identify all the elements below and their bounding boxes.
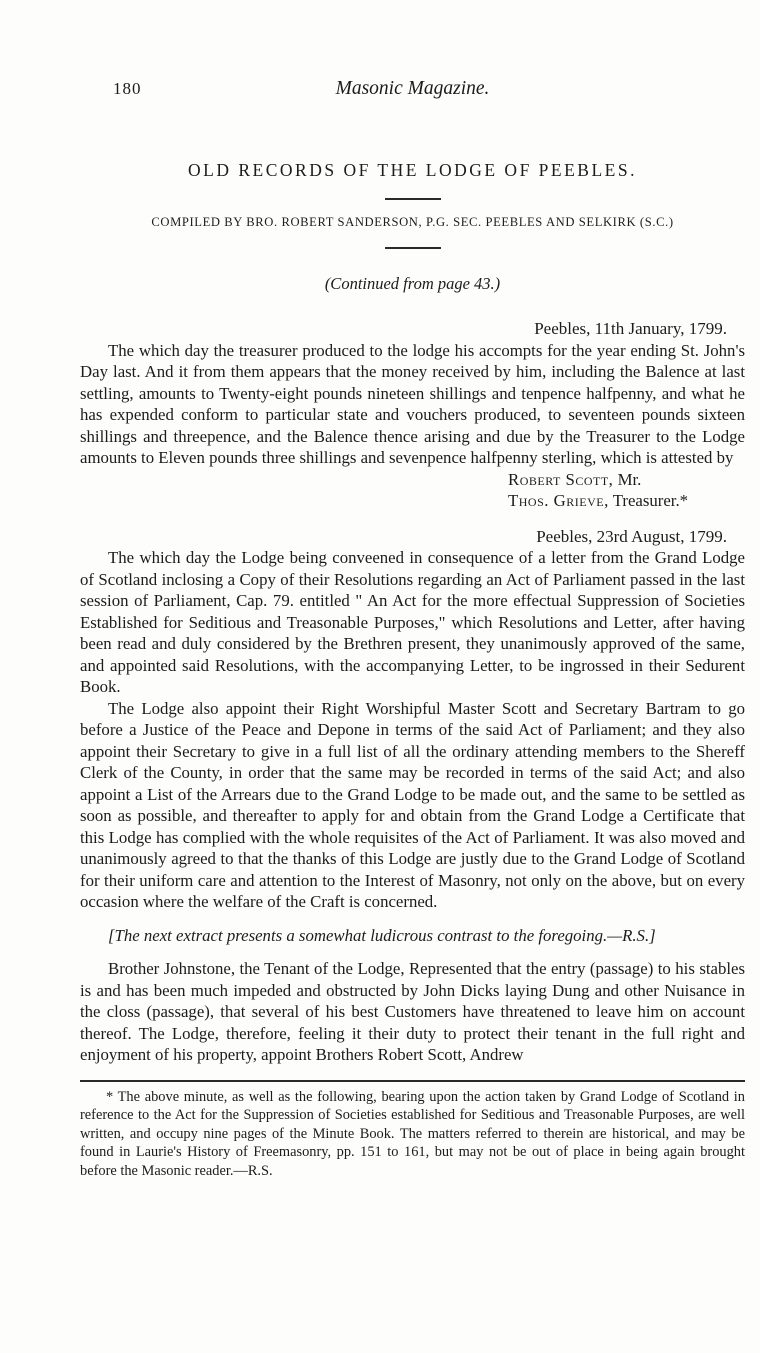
signature-block: Robert Scott, Mr. Thos. Grieve, Treasure… (508, 469, 745, 512)
article-title: OLD RECORDS OF THE LODGE OF PEEBLES. (80, 160, 745, 181)
closing-paragraph: Brother Johnstone, the Tenant of the Lod… (80, 958, 745, 1066)
dateline: Peebles, 23rd August, 1799. (80, 526, 745, 548)
signature-line: Robert Scott, Mr. (508, 469, 745, 491)
signatory-suffix: Treasurer.* (609, 491, 688, 510)
magazine-page: 180 Masonic Magazine. OLD RECORDS OF THE… (0, 0, 760, 1353)
footnote-rule (80, 1080, 745, 1082)
running-head: 180 Masonic Magazine. (80, 78, 745, 100)
minute-1799-08-23: Peebles, 23rd August, 1799. The which da… (80, 526, 745, 913)
page-number: 180 (80, 79, 336, 99)
editor-note: [The next extract presents a somewhat lu… (80, 925, 745, 947)
minute-paragraph: The which day the treasurer produced to … (80, 340, 745, 469)
minute-1799-01-11: Peebles, 11th January, 1799. The which d… (80, 318, 745, 512)
continuation-note: (Continued from page 43.) (80, 274, 745, 294)
signatory-name: Robert Scott, (508, 470, 613, 489)
minute-paragraph: The Lodge also appoint their Right Worsh… (80, 698, 745, 913)
minute-paragraph: The which day the Lodge being conveened … (80, 547, 745, 698)
signatory-suffix: Mr. (613, 470, 641, 489)
dateline: Peebles, 11th January, 1799. (80, 318, 745, 340)
text-column: 180 Masonic Magazine. OLD RECORDS OF THE… (80, 78, 745, 1180)
footnote: * The above minute, as well as the follo… (80, 1088, 745, 1181)
article-byline: COMPILED BY BRO. ROBERT SANDERSON, P.G. … (80, 215, 745, 230)
title-rule (385, 198, 441, 200)
signatory-name: Thos. Grieve, (508, 491, 609, 510)
signature-line: Thos. Grieve, Treasurer.* (508, 490, 745, 512)
journal-title: Masonic Magazine. (336, 78, 490, 100)
byline-rule (385, 247, 441, 249)
